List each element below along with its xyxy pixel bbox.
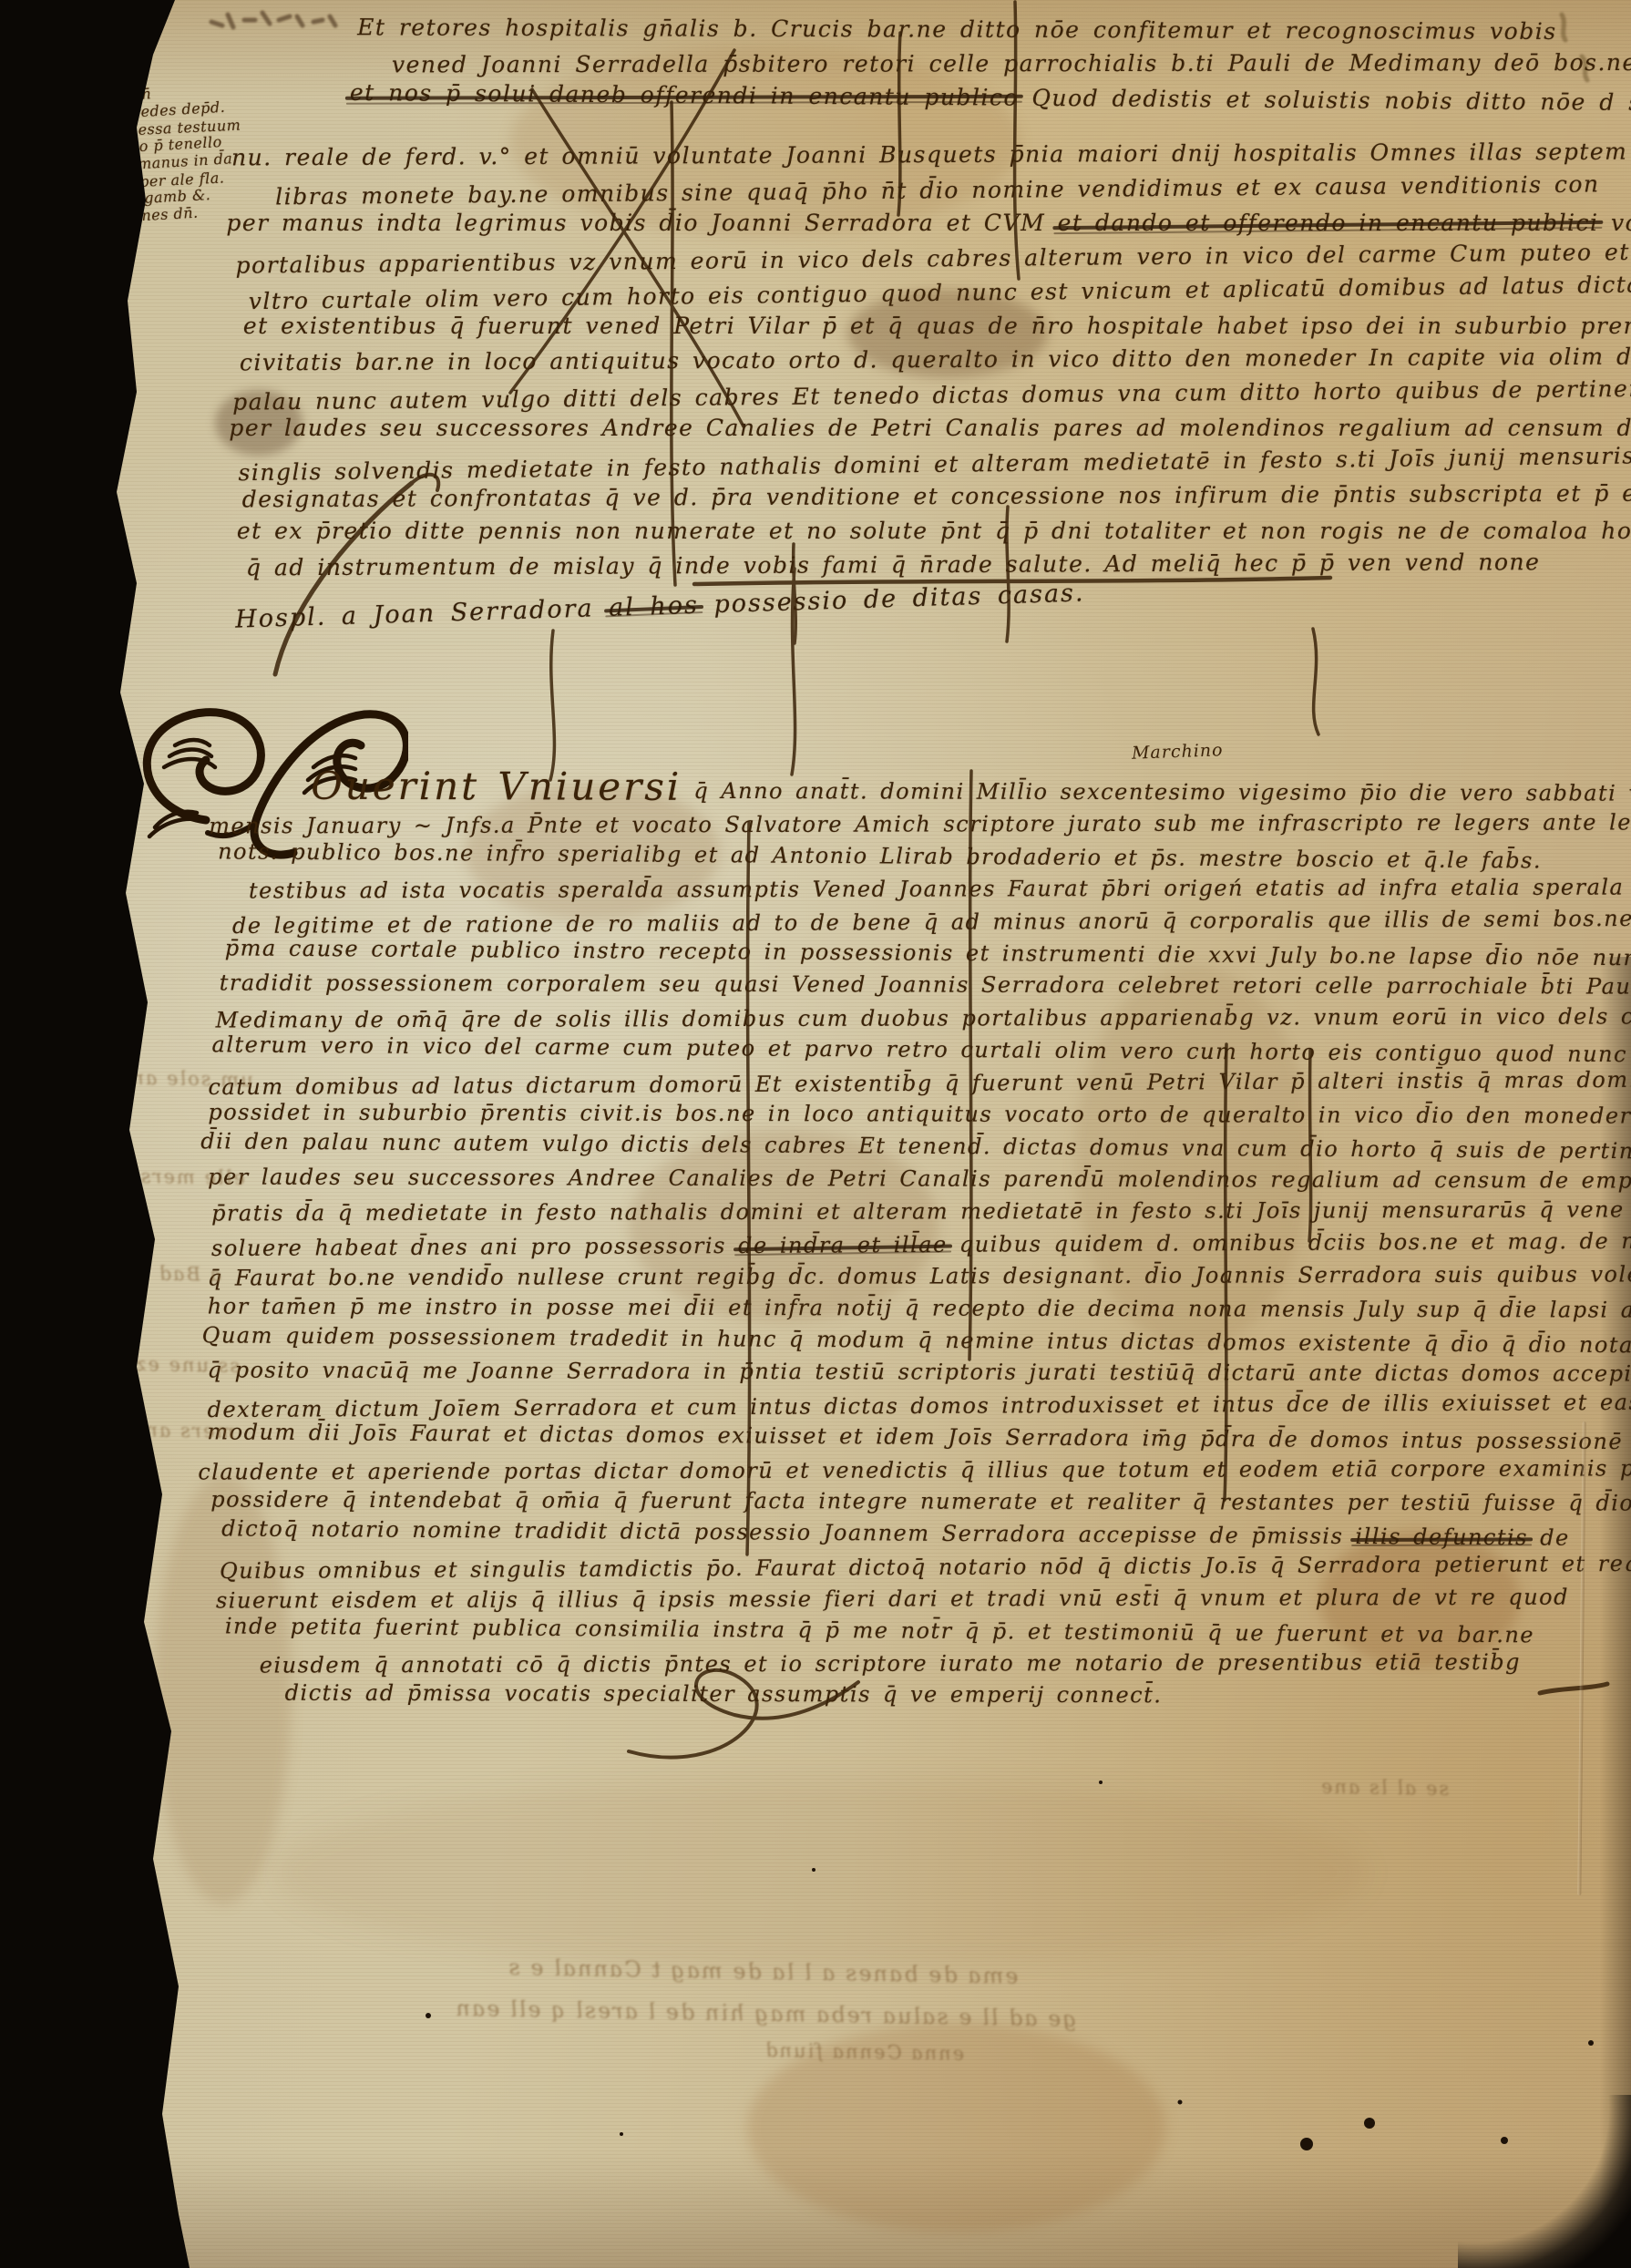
parchment-page: Et retores hospitalis gn̄alis b. Crucis …	[0, 0, 1631, 2268]
right-edge-shadow	[1600, 957, 1631, 2268]
line-segment: ge ad ll e salua reba mag hin de l aresl…	[453, 1996, 1079, 2032]
ghost-line: ema de banes a l la de mag t Cannal e s	[506, 1955, 1020, 1989]
manuscript-scan: Et retores hospitalis gn̄alis b. Crucis …	[0, 0, 1631, 2268]
line-segment: a Bad ses	[112, 1262, 223, 1286]
line-segment: se al ls ane	[1318, 1776, 1451, 1800]
page-corner-shadow	[1458, 2095, 1631, 2268]
line-segment: mers ane e	[108, 1419, 236, 1442]
ghost-line: um sole ane	[116, 1067, 254, 1092]
ghost-line: se al ls ane	[1318, 1776, 1451, 1800]
line-segment: ema de banes a l la de mag t Cannal e s	[506, 1955, 1020, 1989]
line-segment: elle merss	[127, 1165, 247, 1189]
line-segment: um sole ane	[116, 1067, 254, 1092]
ghost-line: ss une ezd	[119, 1353, 241, 1377]
ghost-line: mers ane e	[108, 1419, 236, 1442]
line-segment: enna Cenna fiund	[763, 2039, 966, 2065]
ghost-line: enna Cenna fiund	[763, 2039, 966, 2065]
line-segment: ss une ezd	[119, 1353, 241, 1377]
ghost-line: a Bad ses	[112, 1262, 223, 1286]
ghost-line: elle merss	[127, 1165, 247, 1189]
ghost-line: ge ad ll e salua reba mag hin de l aresl…	[453, 1996, 1079, 2032]
show-through-text: um sole ane elle merss a Bad ses ss une …	[0, 0, 1631, 2268]
